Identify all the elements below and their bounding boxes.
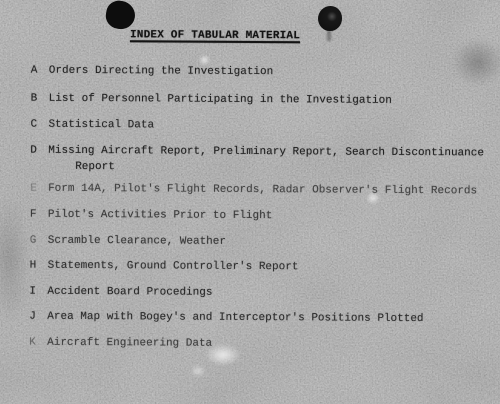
index-item-g: GScramble Clearance, Weather [30, 235, 492, 254]
item-letter: E [30, 183, 48, 196]
document-title: INDEX OF TABULAR MATERIAL [130, 29, 300, 42]
item-text: Accident Board Procedings [47, 286, 212, 299]
index-item-b: BList of Personnel Participating in the … [31, 93, 493, 112]
item-text: List of Personnel Participating in the I… [49, 93, 392, 107]
item-continuation [74, 302, 491, 305]
scanned-document-page: INDEX OF TABULAR MATERIAL AOrders Direct… [0, 0, 500, 404]
item-continuation [76, 81, 493, 84]
item-text: Pilot's Activities Prior to Flight [48, 209, 273, 222]
item-text: Area Map with Bogey's and Interceptor's … [47, 311, 423, 325]
item-continuation [75, 225, 492, 228]
index-item-d: DMissing Aircraft Report, Preliminary Re… [30, 145, 492, 177]
item-letter: C [30, 119, 48, 132]
item-text: Aircraft Engineering Data [47, 337, 212, 350]
item-text: Statistical Data [48, 119, 154, 132]
item-letter: A [31, 65, 49, 78]
item-text: Scramble Clearance, Weather [48, 235, 226, 248]
item-text: Statements, Ground Controller's Report [48, 260, 299, 274]
item-continuation [74, 353, 491, 356]
item-continuation [74, 327, 491, 330]
index-item-h: HStatements, Ground Controller's Report [30, 260, 492, 279]
item-letter: K [29, 337, 47, 350]
item-continuation [75, 199, 492, 202]
item-continuation [76, 109, 493, 112]
index-item-j: JArea Map with Bogey's and Interceptor's… [29, 311, 491, 330]
item-letter: D [30, 145, 48, 158]
item-letter: B [31, 93, 49, 106]
item-letter: G [30, 235, 48, 248]
item-continuation: Report [75, 161, 492, 177]
item-text: Form 14A, Pilot's Flight Records, Radar … [48, 183, 477, 198]
item-letter: J [29, 311, 47, 324]
item-text: Orders Directing the Investigation [49, 65, 274, 78]
index-item-c: CStatistical Data [30, 119, 492, 138]
item-letter: I [29, 286, 47, 299]
item-text: Missing Aircraft Report, Preliminary Rep… [48, 145, 484, 160]
document-content: INDEX OF TABULAR MATERIAL AOrders Direct… [0, 0, 500, 404]
item-letter: F [30, 209, 48, 222]
index-item-e: EForm 14A, Pilot's Flight Records, Radar… [30, 183, 492, 202]
index-item-i: IAccident Board Procedings [29, 286, 491, 305]
item-continuation [75, 251, 492, 254]
item-letter: H [30, 260, 48, 273]
item-continuation [75, 135, 492, 138]
item-continuation [75, 276, 492, 279]
index-item-f: FPilot's Activities Prior to Flight [30, 209, 492, 228]
index-item-a: AOrders Directing the Investigation [31, 65, 493, 84]
index-item-k: KAircraft Engineering Data [29, 337, 491, 356]
